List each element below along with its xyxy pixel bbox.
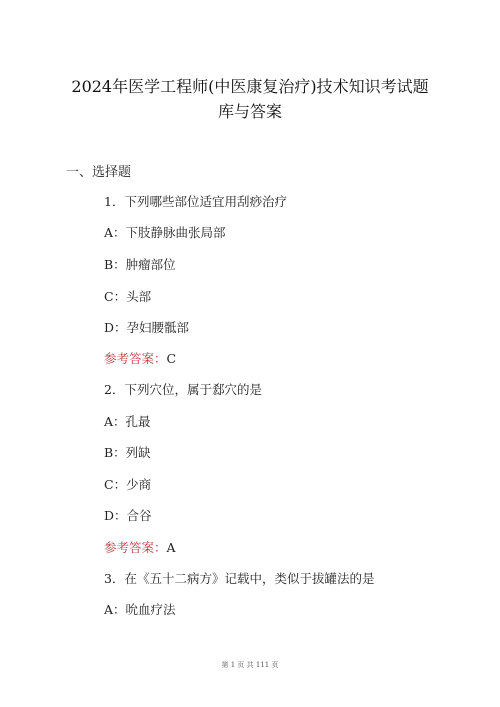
answer-label: 参考答案： [104, 540, 167, 555]
question-3-option-a: A：吮血疗法 [104, 600, 176, 618]
question-2-option-b: B：列缺 [104, 443, 151, 461]
question-2-option-c: C：少商 [104, 475, 151, 493]
question-2-answer: 参考答案：A [104, 538, 176, 556]
question-1-option-c: C：头部 [104, 287, 151, 305]
question-1-option-d: D：孕妇腰骶部 [104, 318, 189, 336]
question-1-option-a: A：下肢静脉曲张局部 [104, 223, 226, 241]
answer-label: 参考答案： [104, 351, 167, 366]
document-page: 2024年医学工程师(中医康复治疗)技术知识考试题 库与答案 一、选择题 1．下… [0, 0, 500, 707]
section-heading: 一、选择题 [66, 161, 131, 180]
question-2-option-a: A：孔最 [104, 412, 151, 430]
question-2-stem: 2．下列穴位，属于郄穴的是 [104, 380, 262, 398]
question-1-option-b: B：肿瘤部位 [104, 255, 176, 273]
question-1-answer: 参考答案：C [104, 349, 176, 367]
document-title-line-1: 2024年医学工程师(中医康复治疗)技术知识考试题 [0, 74, 500, 97]
question-3-stem: 3．在《五十二病方》记载中，类似于拔罐法的是 [104, 569, 374, 587]
question-2-option-d: D：合谷 [104, 506, 152, 524]
document-title-line-2: 库与答案 [0, 99, 500, 122]
question-1-stem: 1．下列哪些部位适宜用刮痧治疗 [104, 192, 287, 210]
answer-value: C [167, 351, 177, 366]
page-footer: 第 1 页 共 111 页 [0, 660, 500, 670]
answer-value: A [167, 540, 176, 555]
